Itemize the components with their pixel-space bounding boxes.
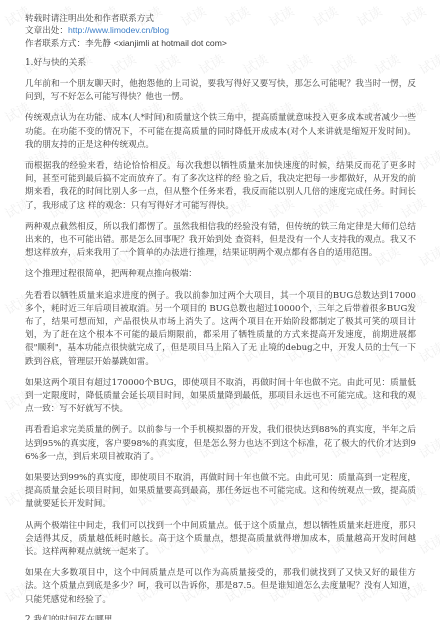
paragraph: 如果这两个项目有超过170000个BUG，即使项目不取消，再做时间十年也做不完。… <box>25 377 416 417</box>
paragraph: 这个推理过程很简单，把两种观点推向极端： <box>25 268 416 281</box>
source-line: 文章出处：http://www.limodev.cn/blog <box>25 25 416 37</box>
section-title: 1.好与快的关系 <box>25 58 416 69</box>
contact-line: 作者联系方式：李先静 <xianjimli at hotmail dot com… <box>25 38 416 50</box>
contact-email: <xianjimli at hotmail dot com> <box>114 38 227 48</box>
paragraph: 两种观点截然相反，所以我们都愣了。虽然我相信我的经验没有错，但传统的铁三角定律是… <box>25 221 416 261</box>
paragraph: 如果要达到99%的真实度，即使项目不取消，再做时间十年也做不完。由此可见：质量高… <box>25 472 416 512</box>
paragraph: 传统观点认为在功能、成本(人*时间)和质量这个铁三角中，提高质量就意味投入更多成… <box>25 112 416 152</box>
contact-label: 作者联系方式：李先静 <box>25 39 114 49</box>
paragraph: 先看看以牺牲质量来追求进度的例子。我以前参加过两个大项目，其一个项目的BUG总数… <box>25 290 416 369</box>
reprint-notice: 转载时请注明出处和作者联系方式 <box>25 14 416 25</box>
document-page: 转载时请注明出处和作者联系方式 文章出处：http://www.limodev.… <box>0 0 440 620</box>
section-1: 1.好与快的关系 几年前和一个朋友聊天时，他抱怨他的上司说，要我写得好又要写快，… <box>25 58 416 607</box>
paragraph: 再看看追求完美质量的例子。以前参与一个手机模拟器的开发，我们很快达到88%的真实… <box>25 424 416 464</box>
source-label: 文章出处： <box>25 26 68 36</box>
document-header: 转载时请注明出处和作者联系方式 文章出处：http://www.limodev.… <box>25 14 416 50</box>
paragraph: 如果在大多数项目中，这个中间质量点是可以作为高质量接受的，那我们就找到了又快又好… <box>25 567 416 607</box>
paragraph: 几年前和一个朋友聊天时，他抱怨他的上司说，要我写得好又要写快，那怎么可能呢？我当… <box>25 78 416 104</box>
paragraph: 而根据我的经验来看，结论恰恰相反。每次我想以牺牲质量来加快速度的时候，结果反而花… <box>25 160 416 213</box>
section-2: 2.我们的时间花在哪里 <box>25 615 416 620</box>
paragraph: 从两个极端往中间走，我们可以找到一个中间质量点。低于这个质量点，想以牺牲质量来赶… <box>25 520 416 560</box>
source-link[interactable]: http://www.limodev.cn/blog <box>68 25 169 35</box>
section-title: 2.我们的时间花在哪里 <box>25 615 416 620</box>
